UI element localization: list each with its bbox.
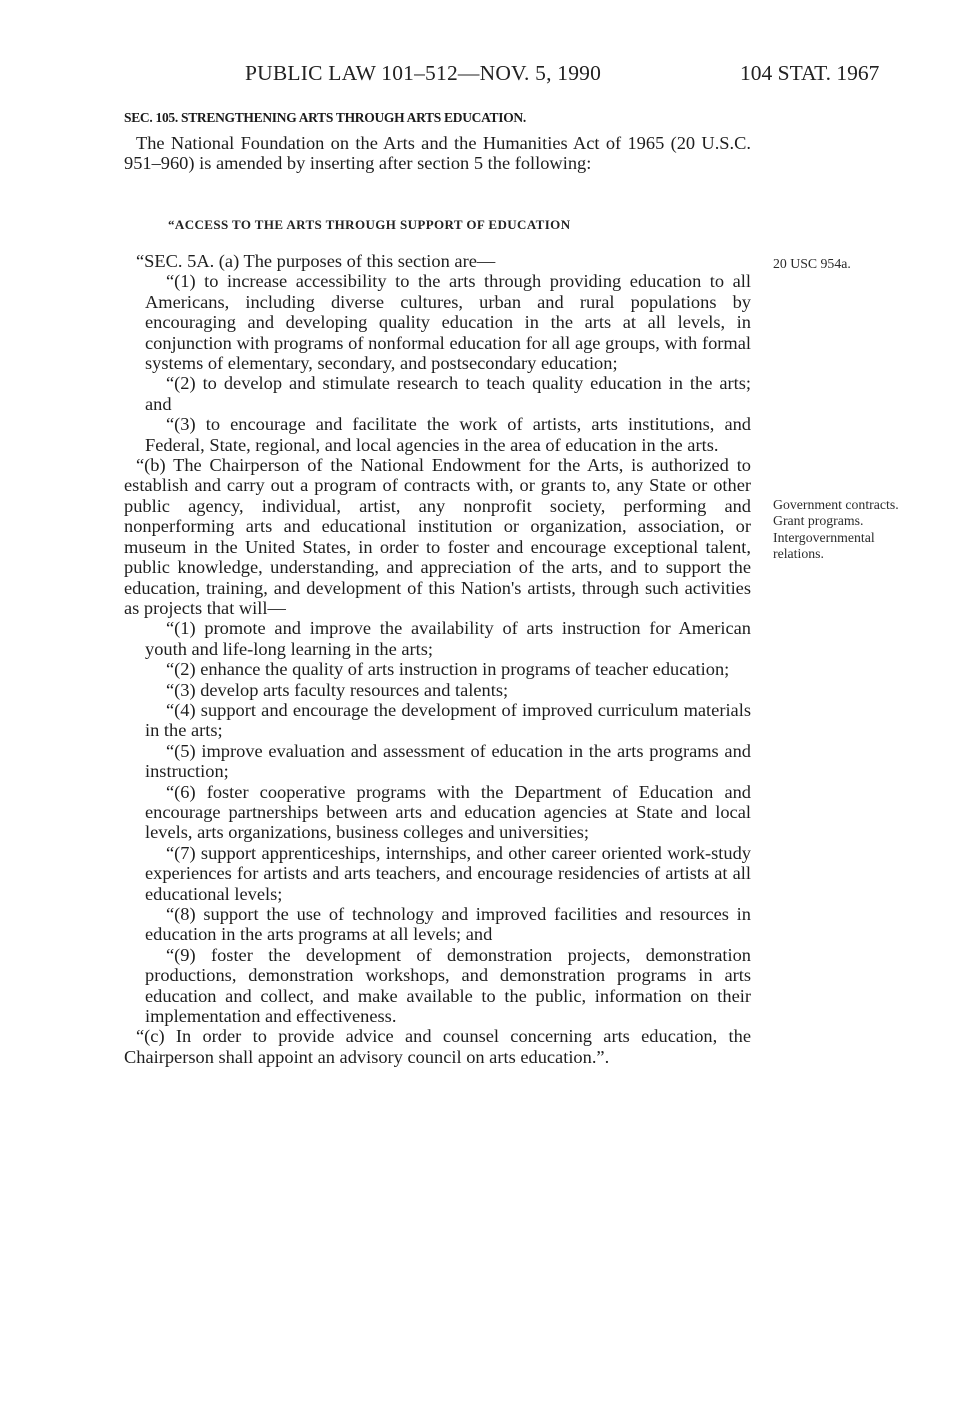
subsection-b-item-5: “(5) improve evaluation and assessment o… [124,741,751,782]
item-text: “(1) to increase accessibility to the ar… [145,271,751,373]
item-text: “(1) promote and improve the availabilit… [145,618,751,659]
subsection-b-item-7: “(7) support apprenticeships, internship… [124,843,751,904]
statute-page-reference: 104 STAT. 1967 [740,61,879,86]
item-text: “(4) support and encourage the developme… [145,700,751,741]
document-page: PUBLIC LAW 101–512—NOV. 5, 1990 104 STAT… [0,0,960,1422]
item-text: “(2) to develop and stimulate research t… [145,373,751,414]
subsection-b-item-2: “(2) enhance the quality of arts instruc… [124,659,751,679]
lead-prefix: “S [136,251,154,271]
item-text: “(9) foster the development of demonstra… [145,945,751,1027]
subsection-b-item-9: “(9) foster the development of demonstra… [124,945,751,1027]
lead-rest: . 5A. (a) The purposes of this section a… [178,251,495,271]
item-text: “(6) foster cooperative programs with th… [145,782,751,843]
margin-note-government-contracts: Government contracts. [773,497,923,513]
item-text: “(5) improve evaluation and assessment o… [145,741,751,782]
subsection-a-item-1: “(1) to increase accessibility to the ar… [124,271,751,373]
margin-note-intergovernmental: Intergovernmental relations. [773,530,923,561]
running-head: PUBLIC LAW 101–512—NOV. 5, 1990 [245,61,601,86]
intro-paragraph: The National Foundation on the Arts and … [124,133,751,174]
subsection-b-lead: “(b) The Chairperson of the National End… [124,455,751,618]
item-text: “(8) support the use of technology and i… [145,904,751,945]
subsection-a-item-3: “(3) to encourage and facilitate the wor… [124,414,751,455]
item-text: “(7) support apprenticeships, internship… [145,843,751,904]
subsection-b-item-6: “(6) foster cooperative programs with th… [124,782,751,843]
subsection-a-item-2: “(2) to develop and stimulate research t… [124,373,751,414]
subsection-a-lead: “SEC. 5A. (a) The purposes of this secti… [124,251,751,271]
section-5a-body: “SEC. 5A. (a) The purposes of this secti… [124,251,751,1067]
section-heading: SEC. 105. STRENGTHENING ARTS THROUGH ART… [124,110,526,126]
subsection-b-item-8: “(8) support the use of technology and i… [124,904,751,945]
margin-note-usc-citation: 20 USC 954a. [773,256,851,272]
item-text: “(2) enhance the quality of arts instruc… [145,659,751,679]
item-text: “(3) to encourage and facilitate the wor… [145,414,751,455]
subsection-b-item-1: “(1) promote and improve the availabilit… [124,618,751,659]
inserted-section-subheading: “ACCESS TO THE ARTS THROUGH SUPPORT OF E… [168,217,570,233]
section-intro: The National Foundation on the Arts and … [124,133,751,174]
subsection-b-item-3: “(3) develop arts faculty resources and … [124,680,751,700]
margin-note-grant-programs: Grant programs. [773,513,923,529]
lead-smallcaps: EC [154,251,178,271]
margin-note-topics: Government contracts. Grant programs. In… [773,497,923,561]
subsection-b-item-4: “(4) support and encourage the developme… [124,700,751,741]
subsection-c: “(c) In order to provide advice and coun… [124,1026,751,1067]
item-text: “(3) develop arts faculty resources and … [145,680,751,700]
